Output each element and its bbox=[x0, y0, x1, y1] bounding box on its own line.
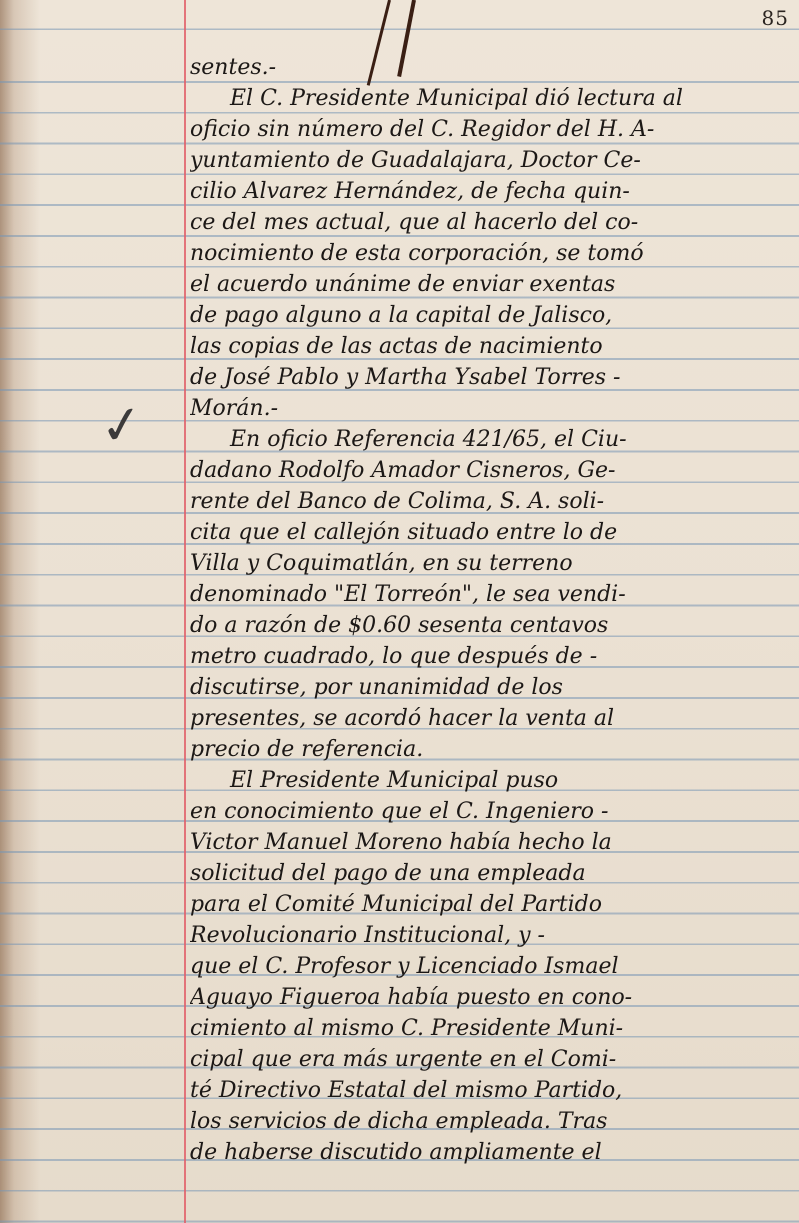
text-line: solicitud del pago de una empleada bbox=[190, 858, 790, 889]
text-line: cimiento al mismo C. Presidente Muni- bbox=[190, 1013, 790, 1044]
text-line: dadano Rodolfo Amador Cisneros, Ge- bbox=[190, 455, 790, 486]
text-line: Revolucionario Institucional, y - bbox=[190, 920, 790, 951]
text-line: yuntamiento de Guadalajara, Doctor Ce- bbox=[190, 145, 790, 176]
text-line: rente del Banco de Colima, S. A. soli- bbox=[190, 486, 790, 517]
text-line: discutirse, por unanimidad de los bbox=[190, 672, 790, 703]
ledger-page: 85 ✓ sentes.-El C. Presidente Municipal … bbox=[0, 0, 799, 1223]
text-line: té Directivo Estatal del mismo Partido, bbox=[190, 1075, 790, 1106]
text-line: de haberse discutido ampliamente el bbox=[190, 1137, 790, 1168]
text-line: metro cuadrado, lo que después de - bbox=[190, 641, 790, 672]
text-line: precio de referencia. bbox=[190, 734, 790, 765]
text-line: de pago alguno a la capital de Jalisco, bbox=[190, 300, 790, 331]
text-line: cilio Alvarez Hernández, de fecha quin- bbox=[190, 176, 790, 207]
text-line: nocimiento de esta corporación, se tomó bbox=[190, 238, 790, 269]
text-line: presentes, se acordó hacer la venta al bbox=[190, 703, 790, 734]
text-line: oficio sin número del C. Regidor del H. … bbox=[190, 114, 790, 145]
text-line: Villa y Coquimatlán, en su terreno bbox=[190, 548, 790, 579]
text-line: el acuerdo unánime de enviar exentas bbox=[190, 269, 790, 300]
text-line: que el C. Profesor y Licenciado Ismael bbox=[190, 951, 790, 982]
page-number: 85 bbox=[762, 6, 789, 30]
text-line: de José Pablo y Martha Ysabel Torres - bbox=[190, 362, 790, 393]
text-line: En oficio Referencia 421/65, el Ciu- bbox=[190, 424, 790, 455]
text-line: Aguayo Figueroa había puesto en cono- bbox=[190, 982, 790, 1013]
text-line: El Presidente Municipal puso bbox=[190, 765, 790, 796]
text-line: denominado "El Torreón", le sea vendi- bbox=[190, 579, 790, 610]
red-margin-line bbox=[184, 0, 186, 1223]
text-line: para el Comité Municipal del Partido bbox=[190, 889, 790, 920]
text-line: Victor Manuel Moreno había hecho la bbox=[190, 827, 790, 858]
text-line: los servicios de dicha empleada. Tras bbox=[190, 1106, 790, 1137]
text-line: las copias de las actas de nacimiento bbox=[190, 331, 790, 362]
text-line: cipal que era más urgente en el Comi- bbox=[190, 1044, 790, 1075]
text-line: en conocimiento que el C. Ingeniero - bbox=[190, 796, 790, 827]
text-line: sentes.- bbox=[190, 52, 790, 83]
text-line: cita que el callejón situado entre lo de bbox=[190, 517, 790, 548]
text-line: El C. Presidente Municipal dió lectura a… bbox=[190, 83, 790, 114]
text-line: Morán.- bbox=[190, 393, 790, 424]
text-line: do a razón de $0.60 sesenta centavos bbox=[190, 610, 790, 641]
text-line: ce del mes actual, que al hacerlo del co… bbox=[190, 207, 790, 238]
handwritten-text-block: sentes.-El C. Presidente Municipal dió l… bbox=[190, 52, 790, 1168]
checkmark-icon: ✓ bbox=[96, 393, 148, 458]
